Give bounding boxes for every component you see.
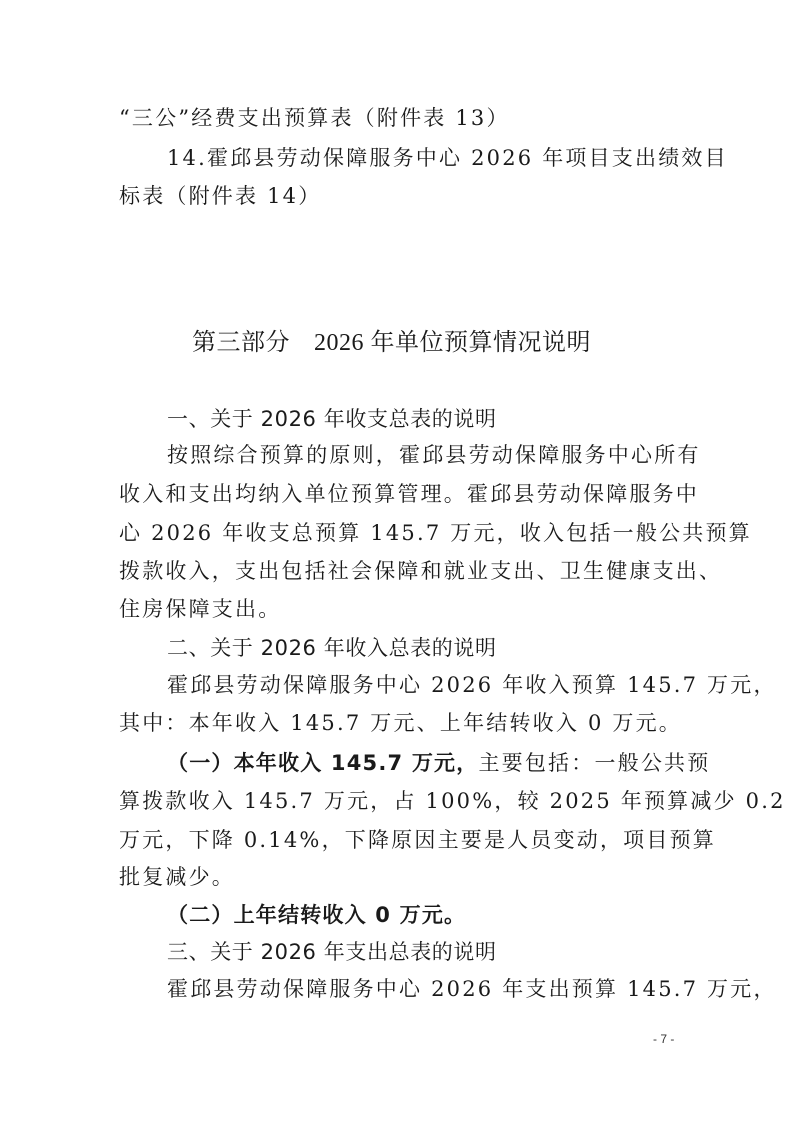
paragraph-line: 按照综合预算的原则，霍邱县劳动保障服务中心所有 — [167, 440, 701, 470]
part-title: 第三部分2026 年单位预算情况说明 — [192, 324, 591, 361]
paragraph-line: 霍邱县劳动保障服务中心 2026 年支出预算 145.7 万元， — [167, 974, 777, 1004]
paragraph-line: 心 2026 年收支总预算 145.7 万元，收入包括一般公共预算 — [119, 518, 752, 548]
paragraph-line: 住房保障支出。 — [119, 594, 281, 624]
part-title-text: 2026 年单位预算情况说明 — [314, 330, 591, 356]
toc-item-14-line-2: 标表（附件表 14） — [119, 181, 321, 211]
toc-line-13: “三公”经费支出预算表（附件表 13） — [119, 103, 510, 133]
section-3-heading: 三、关于 2026 年支出总表的说明 — [167, 937, 497, 967]
subsection-2-line: （二）上年结转收入 0 万元。 — [167, 900, 466, 930]
part-title-label: 第三部分 — [192, 328, 290, 356]
section-1-heading: 一、关于 2026 年收支总表的说明 — [167, 404, 497, 434]
subsection-1-line: （一）本年收入 145.7 万元，主要包括：一般公共预 — [167, 748, 710, 778]
paragraph-line: 万元，下降 0.14%，下降原因主要是人员变动，项目预算 — [119, 825, 716, 855]
subsection-1-lead: （一）本年收入 145.7 万元， — [167, 751, 478, 775]
paragraph-line: 霍邱县劳动保障服务中心 2026 年收入预算 145.7 万元， — [167, 670, 777, 700]
toc-item-14-line-1: 14.霍邱县劳动保障服务中心 2026 年项目支出绩效目 — [167, 143, 728, 173]
paragraph-line: 算拨款收入 145.7 万元，占 100%，较 2025 年预算减少 0.2 — [119, 786, 786, 816]
paragraph-line: 拨款收入，支出包括社会保障和就业支出、卫生健康支出、 — [119, 556, 722, 586]
subsection-1-rest: 主要包括：一般公共预 — [478, 751, 710, 775]
paragraph-line: 收入和支出均纳入单位预算管理。霍邱县劳动保障服务中 — [119, 479, 699, 509]
paragraph-line: 其中：本年收入 145.7 万元、上年结转收入 0 万元。 — [119, 708, 682, 738]
page-number: - 7 - — [653, 1032, 674, 1046]
section-2-heading: 二、关于 2026 年收入总表的说明 — [167, 633, 497, 663]
paragraph-line: 批复减少。 — [119, 862, 235, 892]
